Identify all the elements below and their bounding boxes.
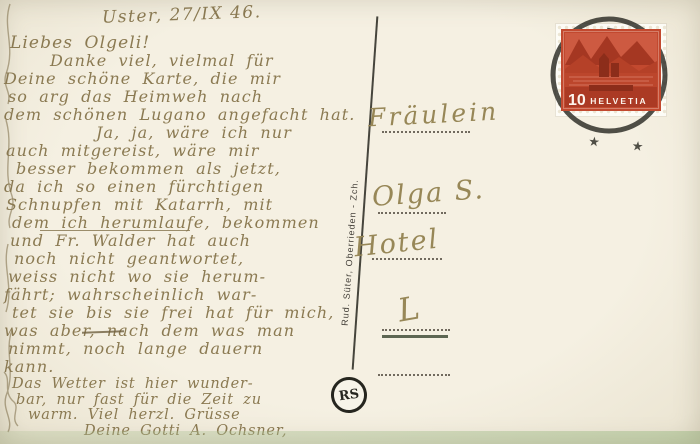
message-line: noch nicht geantwortet, [14,250,360,268]
closing-line: warm. Viel herzl. Grüsse [28,408,336,424]
address-rule-underline [382,335,448,338]
message-line: auch mitgereist, wäre mir [6,142,360,160]
postage-stamp: 10 HELVETIA [556,24,666,116]
message-line: Schnupfen mit Katarrh, mit [6,196,360,214]
postcard-back: Uster, 27/IX 46. Liebes Olgeli!Danke vie… [0,0,700,444]
message-line: Danke viel, vielmal für [50,52,360,70]
message-line: kann. [4,358,360,376]
address-rule-1 [382,131,470,133]
address-recipient-name: Olga S. [371,174,486,213]
message-line: weiss nicht wo sie herum- [8,268,360,286]
stamp-landscape-art: 10 HELVETIA [561,29,661,111]
message-line: so arg das Heimweh nach [8,88,360,106]
message-line: besser bekommen als jetzt, [16,160,360,178]
message-line: da ich so einen fürchtigen [4,178,360,196]
message-line: Ja, ja, wäre ich nur [96,124,360,142]
address-rule-3 [372,258,442,260]
message-line: Liebes Olgeli! [10,34,360,52]
address-initial-line: L [395,288,423,329]
message-line: nimmt, noch lange dauern [8,340,360,358]
message-line: dem schönen Lugano angefacht hat. [4,106,360,124]
address-recipient-title: Fräulein [367,97,500,133]
message-line: was aber, nach dem was man [4,322,360,340]
address-rule-5 [378,374,450,376]
closing-line: Das Wetter ist hier wunder- [12,377,336,393]
message-line: dem ich herumlaufe, bekommen [12,214,360,232]
stamp-denomination: 10 [568,92,586,109]
message-line: und Fr. Walder hat auch [10,232,360,250]
address-rule-2 [378,212,446,214]
scan-edge-tint [0,431,700,444]
message-line: fährt; wahrscheinlich war- [4,286,360,304]
address-rule-4 [382,329,450,331]
handwritten-dateline: Uster, 27/IX 46. [102,2,262,28]
message-line: Deine schöne Karte, die mir [4,70,360,88]
message-line: tet sie bis sie frei hat für mich, [12,304,360,322]
closing-line: bar, nur fast für die Zeit zu [16,393,336,409]
stamp-country-label: HELVETIA [590,96,647,106]
message-body: Liebes Olgeli!Danke viel, vielmal fürDei… [4,34,360,376]
